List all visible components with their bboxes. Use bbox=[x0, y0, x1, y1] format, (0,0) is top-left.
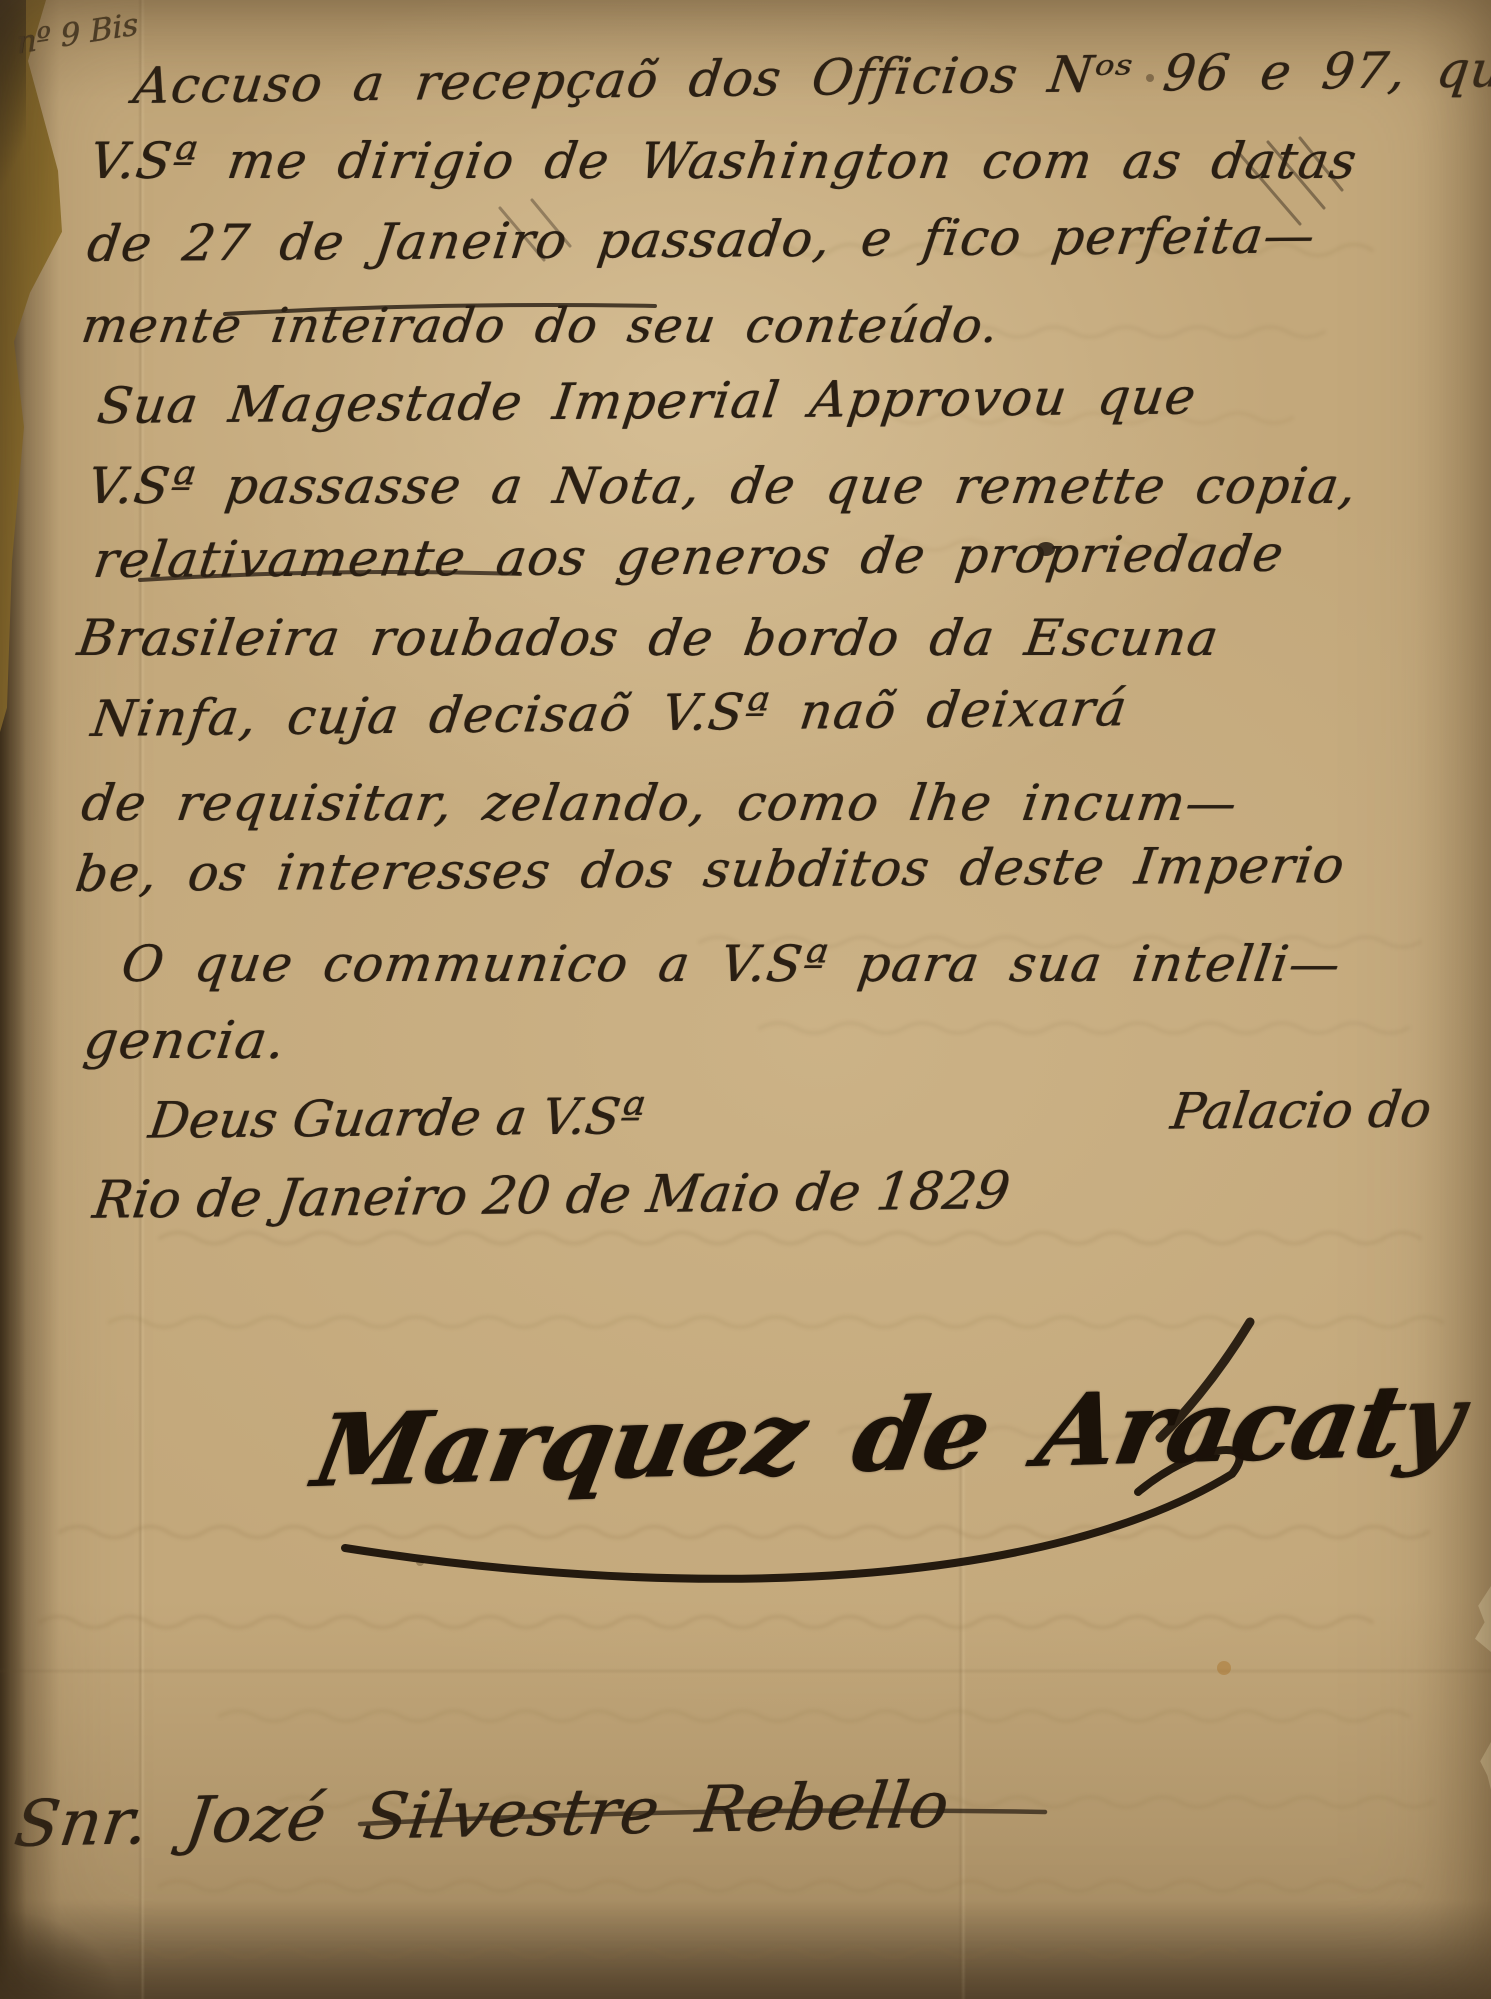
corner-shadow-bottom-left bbox=[0, 1909, 120, 1999]
manuscript-page: nº 9 Bis Accuso a recepçaõ dos Officios … bbox=[0, 0, 1491, 1999]
addressee: Snr. Jozé Silvestre Rebello bbox=[10, 1769, 954, 1862]
horizontal-crease bbox=[0, 1668, 1491, 1674]
manuscript-line: Accuso a recepçaõ dos Officios Nᵒˢ 96 e … bbox=[130, 41, 1491, 116]
manuscript-line: V.Sª passasse a Nota, de que remette cop… bbox=[84, 458, 1361, 516]
manuscript-line: Brasileira roubados de bordo da Escuna bbox=[74, 610, 1223, 668]
manuscript-line: Ninfa, cuja decisaõ V.Sª naõ deixará bbox=[88, 680, 1131, 748]
manuscript-line: mente inteirado do seu conteúdo. bbox=[78, 299, 1003, 354]
manuscript-line: be, os interesses dos subditos deste Imp… bbox=[72, 837, 1349, 903]
manuscript-line: O que communico a V.Sª para sua intelli— bbox=[118, 936, 1345, 994]
manuscript-line: de requisitar, zelando, como lhe incum— bbox=[78, 775, 1241, 833]
dateline: Rio de Janeiro 20 de Maio de 1829 bbox=[89, 1161, 1013, 1231]
manuscript-line: de 27 de Janeiro passado, e fico perfeit… bbox=[84, 207, 1319, 273]
manuscript-line: relativamente aos generos de propriedade bbox=[90, 526, 1288, 590]
manuscript-line: V.Sª me dirigio de Washington com as dat… bbox=[86, 133, 1361, 191]
valediction: Deus Guarde a V.Sª bbox=[145, 1087, 647, 1149]
place-fragment: Palacio do bbox=[1168, 1080, 1435, 1140]
manuscript-line: gencia. bbox=[80, 1012, 290, 1072]
paper-tear bbox=[1479, 1742, 1491, 1790]
signature: Marquez de Aracaty bbox=[305, 1360, 1471, 1510]
vertical-crease bbox=[958, 1430, 966, 1999]
manuscript-line: Sua Magestade Imperial Approvou que bbox=[94, 368, 1200, 435]
paper-tear bbox=[1475, 1586, 1491, 1652]
closing-line: Deus Guarde a V.Sª Palacio do bbox=[145, 1080, 1434, 1149]
